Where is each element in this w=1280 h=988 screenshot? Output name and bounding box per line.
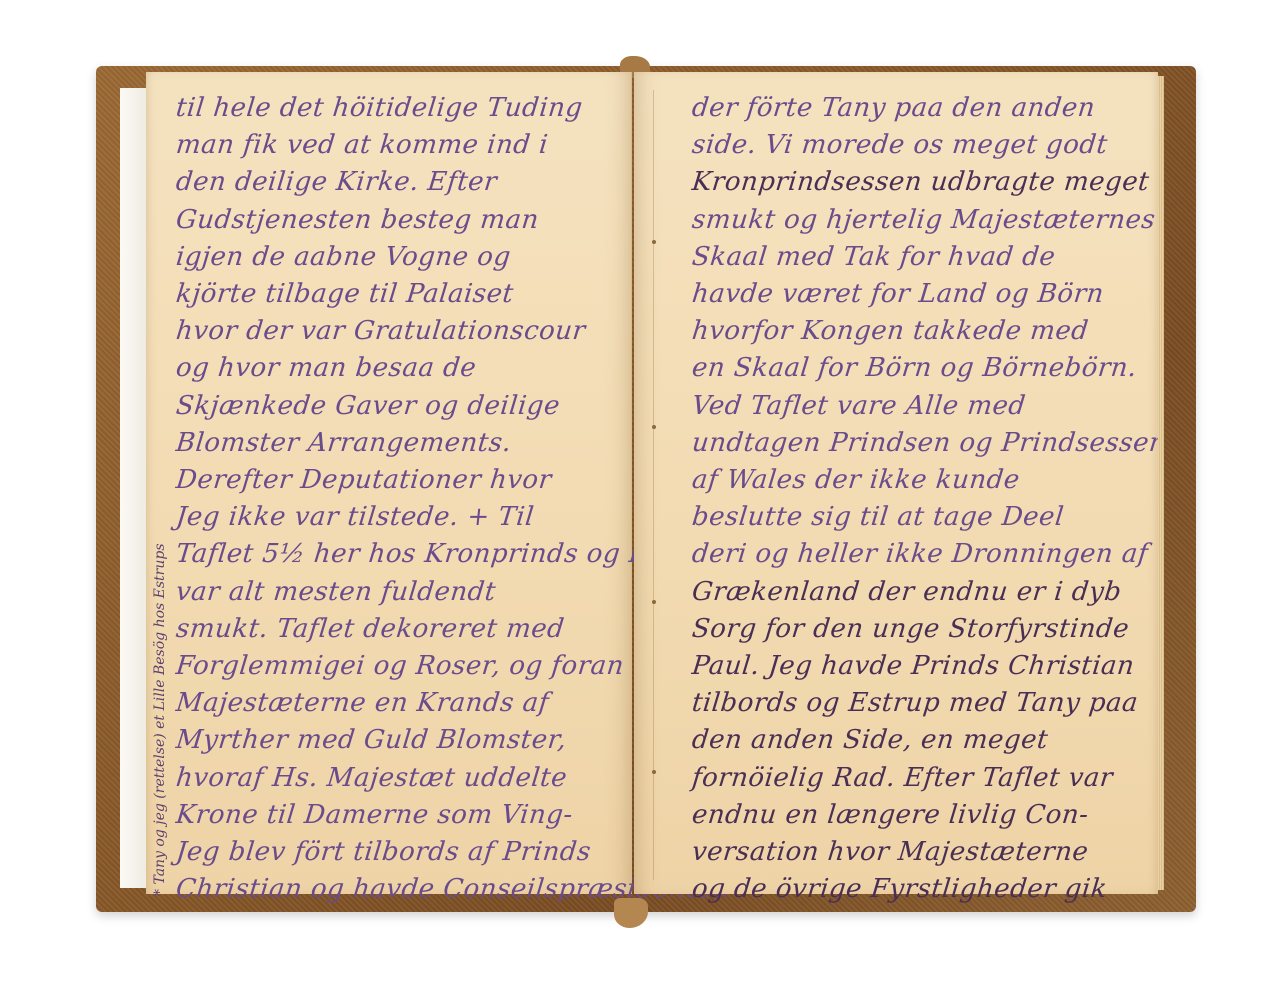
handwritten-line: hvoraf Hs. Majestæt uddelte — [144, 760, 633, 797]
handwritten-line: smukt og hjertelig Majestæternes — [632, 202, 1160, 239]
handwritten-line: Gudstjenesten besteg man — [144, 202, 633, 239]
flyleaf — [120, 88, 147, 888]
handwritten-line: Taflet 5½ her hos Kronprinds og Prinds — [144, 536, 633, 573]
handwritten-line: Majestæterne en Krands af — [144, 685, 633, 722]
handwritten-line: tilbords og Estrup med Tany paa — [632, 685, 1160, 722]
handwritten-line: hvorfor Kongen takkede med — [632, 313, 1160, 350]
handwritten-line: Derefter Deputationer hvor — [144, 462, 633, 499]
binding-thread — [653, 90, 654, 880]
handwritten-line: til hele det höitidelige Tuding — [144, 90, 633, 127]
handwritten-line: Sorg for den unge Storfyrstinde — [632, 611, 1160, 648]
handwritten-line: Kronprindsessen udbragte meget — [632, 164, 1160, 201]
handwritten-line: Paul. Jeg havde Prinds Christian — [632, 648, 1160, 685]
handwritten-line: Jeg ikke var tilstede. + Til — [144, 499, 633, 536]
binding-stitch — [652, 240, 656, 244]
handwritten-line: beslutte sig til at tage Deel — [632, 499, 1160, 536]
handwritten-line: undtagen Prindsen og Prindsessen — [632, 425, 1160, 462]
handwritten-line: Forglemmigei og Roser, og foran — [144, 648, 633, 685]
handwritten-line: Jeg blev fört tilbords af Prinds — [144, 834, 633, 871]
handwritten-line: Myrther med Guld Blomster, — [144, 722, 633, 759]
handwritten-line: endnu en længere livlig Con- — [632, 797, 1160, 834]
left-page: til hele det höitidelige Tuding man fik … — [146, 72, 632, 894]
binding-stitch — [652, 770, 656, 774]
right-page: der förte Tany paa den anden side. Vi mo… — [634, 72, 1158, 894]
handwritten-line: Christian og havde Conseilspræsidenten — [144, 871, 633, 908]
handwritten-line: Grækenland der endnu er i dyb — [632, 574, 1160, 611]
handwritten-line: fornöielig Rad. Efter Taflet var — [632, 760, 1160, 797]
handwritten-line: og de övrige Fyrstligheder gik — [632, 871, 1160, 908]
left-page-text: til hele det höitidelige Tuding man fik … — [146, 90, 631, 908]
handwritten-line: den deilige Kirke. Efter — [144, 164, 633, 201]
handwritten-line: man fik ved at komme ind i — [144, 127, 633, 164]
handwritten-line: Ved Taflet vare Alle med — [632, 388, 1160, 425]
handwritten-line: Blomster Arrangements. — [144, 425, 633, 462]
handwritten-line: kjörte tilbage til Palaiset — [144, 276, 633, 313]
handwritten-line: der förte Tany paa den anden — [632, 90, 1160, 127]
margin-note: * Tany og jeg (rettelse) et Lille Besög … — [152, 543, 168, 896]
handwritten-line: versation hvor Majestæterne — [632, 834, 1160, 871]
handwritten-line: og hvor man besaa de — [144, 350, 633, 387]
handwritten-line: hvor der var Gratulationscour — [144, 313, 633, 350]
handwritten-line: igjen de aabne Vogne og — [144, 239, 633, 276]
handwritten-line: en Skaal for Börn og Börnebörn. — [632, 350, 1160, 387]
right-page-text: der förte Tany paa den anden side. Vi mo… — [634, 90, 1158, 908]
handwritten-line: havde været for Land og Börn — [632, 276, 1160, 313]
handwritten-line: var alt mesten fuldendt — [144, 574, 633, 611]
handwritten-line: Skaal med Tak for hvad de — [632, 239, 1160, 276]
handwritten-line: den anden Side, en meget — [632, 722, 1160, 759]
handwritten-line: smukt. Taflet dekoreret med — [144, 611, 633, 648]
handwritten-line: deri og heller ikke Dronningen af — [632, 536, 1160, 573]
handwritten-line: Krone til Damerne som Ving- — [144, 797, 633, 834]
handwritten-line: af Wales der ikke kunde — [632, 462, 1160, 499]
handwritten-line: side. Vi morede os meget godt — [632, 127, 1160, 164]
handwritten-line: Skjænkede Gaver og deilige — [144, 388, 633, 425]
binding-stitch — [652, 425, 656, 429]
binding-stitch — [652, 600, 656, 604]
spine-tear-bottom — [614, 898, 648, 928]
